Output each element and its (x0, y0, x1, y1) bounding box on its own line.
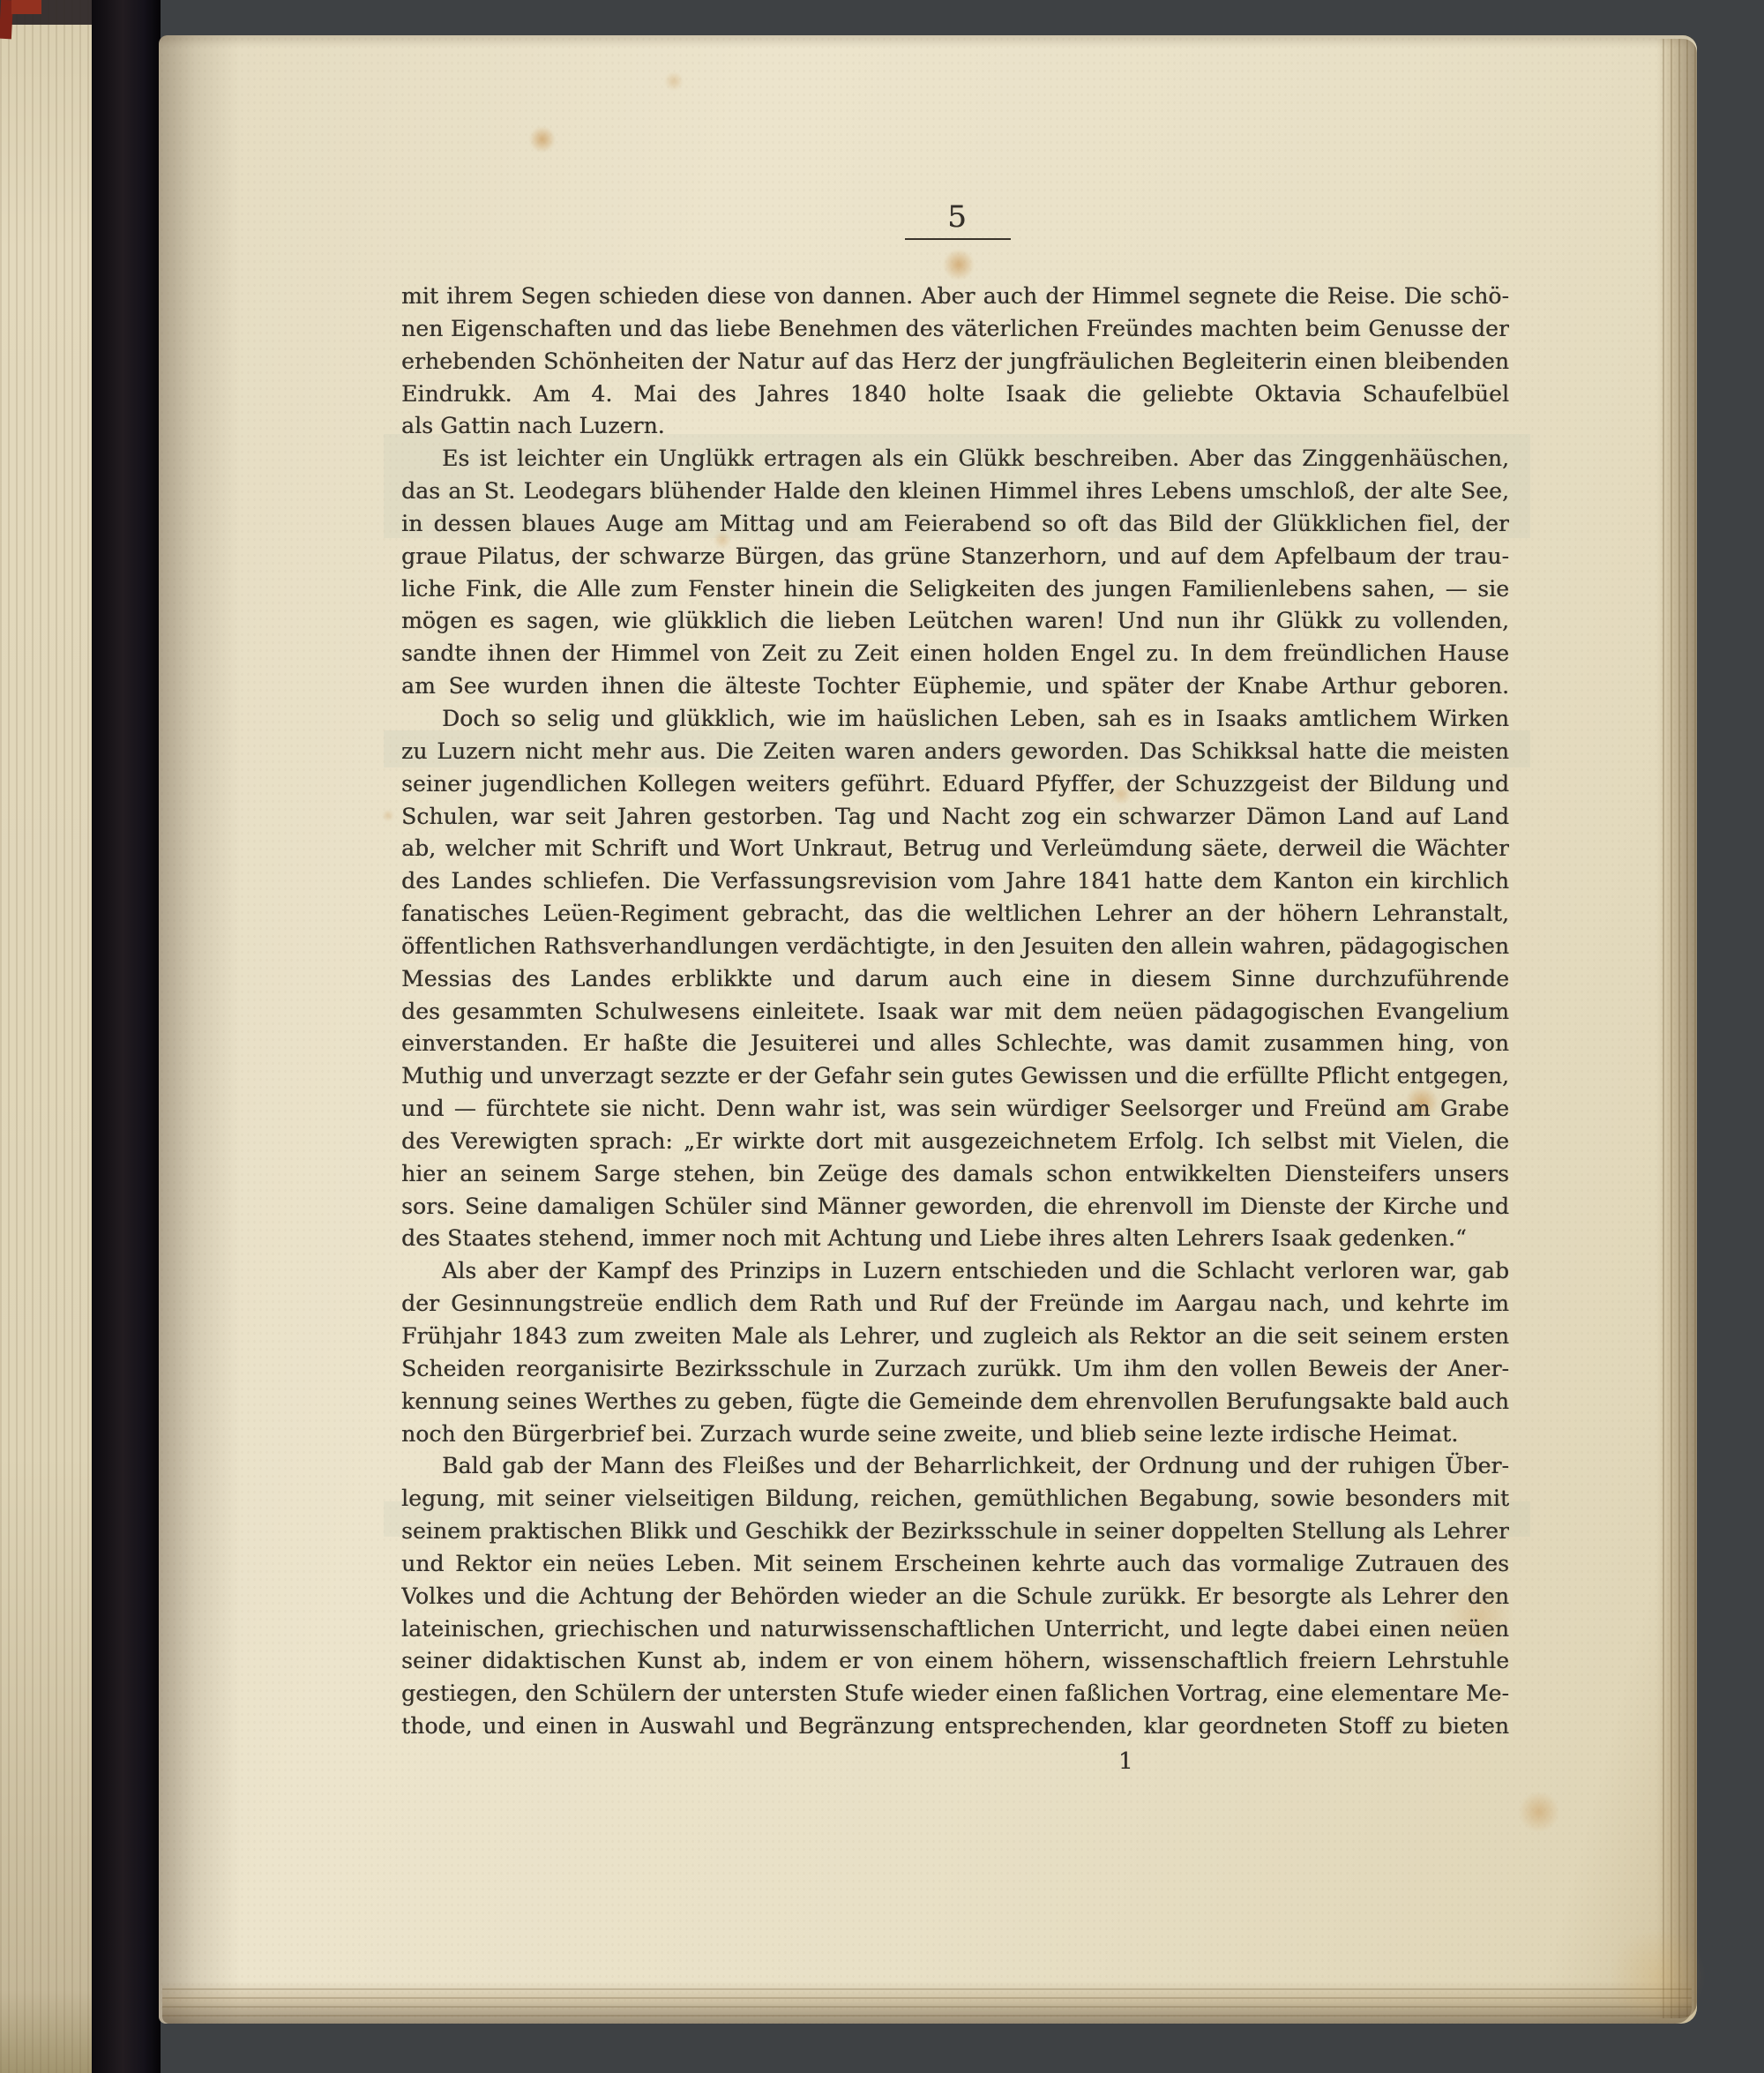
text-line: Bald gab der Mann des Fleißes und der Be… (401, 1450, 1509, 1483)
page-stack-edge-bottom (162, 1981, 1692, 2024)
text-line: Eindrukk. Am 4. Mai des Jahres 1840 holt… (401, 378, 1509, 411)
page-stack-edge-right (1656, 39, 1697, 2018)
text-line: Doch so selig und glükklich, wie im haüs… (401, 703, 1509, 736)
text-line: hier an seinem Sarge stehen, bin Zeüge d… (401, 1158, 1509, 1191)
facing-page-edge (0, 0, 95, 2073)
text-line: ab, welcher mit Schrift und Wort Unkraut… (401, 833, 1509, 865)
text-line: der Gesinnungstreüe endlich dem Rath und… (401, 1288, 1509, 1321)
page-number-rule (905, 238, 1011, 240)
text-block: mit ihrem Segen schieden diese von danne… (401, 281, 1509, 1743)
text-line: legung, mit seiner vielseitigen Bildung,… (401, 1483, 1509, 1515)
text-line: thode, und einen in Auswahl und Begränzu… (401, 1710, 1509, 1743)
book-binding (92, 0, 161, 2073)
text-line: erhebenden Schönheiten der Natur auf das… (401, 346, 1509, 378)
text-line: mit ihrem Segen schieden diese von danne… (401, 281, 1509, 313)
bookmark-ribbon (11, 0, 41, 14)
page-number: 5 (891, 199, 1023, 235)
text-line: einverstanden. Er haßte die Jesuiterei u… (401, 1028, 1509, 1060)
text-line: zu Luzern nicht mehr aus. Die Zeiten war… (401, 736, 1509, 768)
text-line: seiner didaktischen Kunst ab, indem er v… (401, 1645, 1509, 1678)
text-line: als Gattin nach Luzern. (401, 410, 1509, 443)
text-line: des Landes schliefen. Die Verfassungsrev… (401, 865, 1509, 898)
text-line: des gesammten Schulwesens einleitete. Is… (401, 996, 1509, 1029)
text-line: Volkes und die Achtung der Behörden wied… (401, 1581, 1509, 1613)
text-line: Messias des Landes erblikkte und darum a… (401, 963, 1509, 996)
foxing-stain (1605, 1932, 1711, 2020)
text-line: sors. Seine damaligen Schüler sind Männe… (401, 1191, 1509, 1224)
text-line: öffentlichen Rathsverhandlungen verdächt… (401, 931, 1509, 963)
text-line: mögen es sagen, wie glükklich die lieben… (401, 605, 1509, 638)
foxing-stain (382, 810, 394, 821)
text-line: in dessen blaues Auge am Mittag und am F… (401, 508, 1509, 541)
foxing-stain (529, 126, 556, 153)
text-line: Frühjahr 1843 zum zweiten Male als Lehre… (401, 1321, 1509, 1353)
gutter-shadow (159, 35, 240, 2024)
text-line: Schulen, war seit Jahren gestorben. Tag … (401, 801, 1509, 834)
text-line: gestiegen, den Schülern der untersten St… (401, 1678, 1509, 1710)
text-line: am See wurden ihnen die älteste Tochter … (401, 670, 1509, 703)
text-line: lateinischen, griechischen und naturwiss… (401, 1613, 1509, 1646)
text-line: liche Fink, die Alle zum Fenster hinein … (401, 573, 1509, 606)
text-line: des Staates stehend, immer noch mit Acht… (401, 1223, 1509, 1255)
text-line: und — fürchtete sie nicht. Denn wahr ist… (401, 1093, 1509, 1126)
text-line: Es ist leichter ein Unglükk ertragen als… (401, 443, 1509, 475)
text-line: nen Eigenschaften und das liebe Benehmen… (401, 313, 1509, 346)
text-line: seiner jugendlichen Kollegen weiters gef… (401, 768, 1509, 801)
text-line: Als aber der Kampf des Prinzips in Luzer… (401, 1255, 1509, 1288)
signature-mark: 1 (1118, 1748, 1133, 1775)
text-line: seinem praktischen Blikk und Geschikk de… (401, 1515, 1509, 1548)
foxing-stain (1517, 1792, 1561, 1831)
text-line: das an St. Leodegars blühender Halde den… (401, 475, 1509, 508)
foxing-stain (663, 72, 684, 90)
text-line: Scheiden reorganisirte Bezirksschule in … (401, 1353, 1509, 1386)
text-line: graue Pilatus, der schwarze Bürgen, das … (401, 541, 1509, 573)
text-line: und Rektor ein neües Leben. Mit seinem E… (401, 1548, 1509, 1581)
text-line: noch den Bürgerbrief bei. Zurzach wurde … (401, 1418, 1509, 1451)
page-edge-top (159, 35, 1697, 48)
text-line: Muthig und unverzagt sezzte er der Gefah… (401, 1060, 1509, 1093)
text-line: fanatisches Leüen-Regiment gebracht, das… (401, 898, 1509, 931)
foxing-stain (942, 250, 975, 280)
text-line: des Verewigten sprach: „Er wirkte dort m… (401, 1126, 1509, 1158)
text-line: kennung seines Werthes zu geben, fügte d… (401, 1386, 1509, 1418)
book-page: 5 mit ihrem Segen schieden diese von dan… (159, 35, 1697, 2024)
text-line: sandte ihnen der Himmel von Zeit zu Zeit… (401, 638, 1509, 670)
